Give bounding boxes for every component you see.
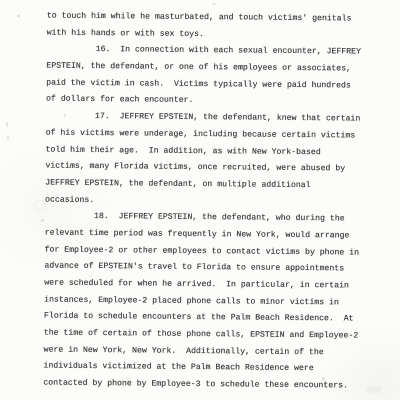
document-line: contacted by phone by Employee-3 to sche… — [43, 376, 358, 396]
scan-speck — [338, 331, 340, 334]
scan-smudge — [366, 386, 382, 393]
scan-speck — [64, 114, 66, 117]
scan-speck — [322, 377, 325, 381]
scan-speck — [41, 219, 44, 222]
document-page: to touch him while he masturbated, and t… — [0, 0, 400, 400]
scan-smudge — [34, 200, 46, 210]
scan-speck — [212, 3, 216, 5]
scan-speck — [6, 122, 8, 127]
scan-speck — [7, 136, 9, 140]
scan-speck — [17, 15, 20, 17]
document-text: to touch him while he masturbated, and t… — [43, 8, 361, 395]
